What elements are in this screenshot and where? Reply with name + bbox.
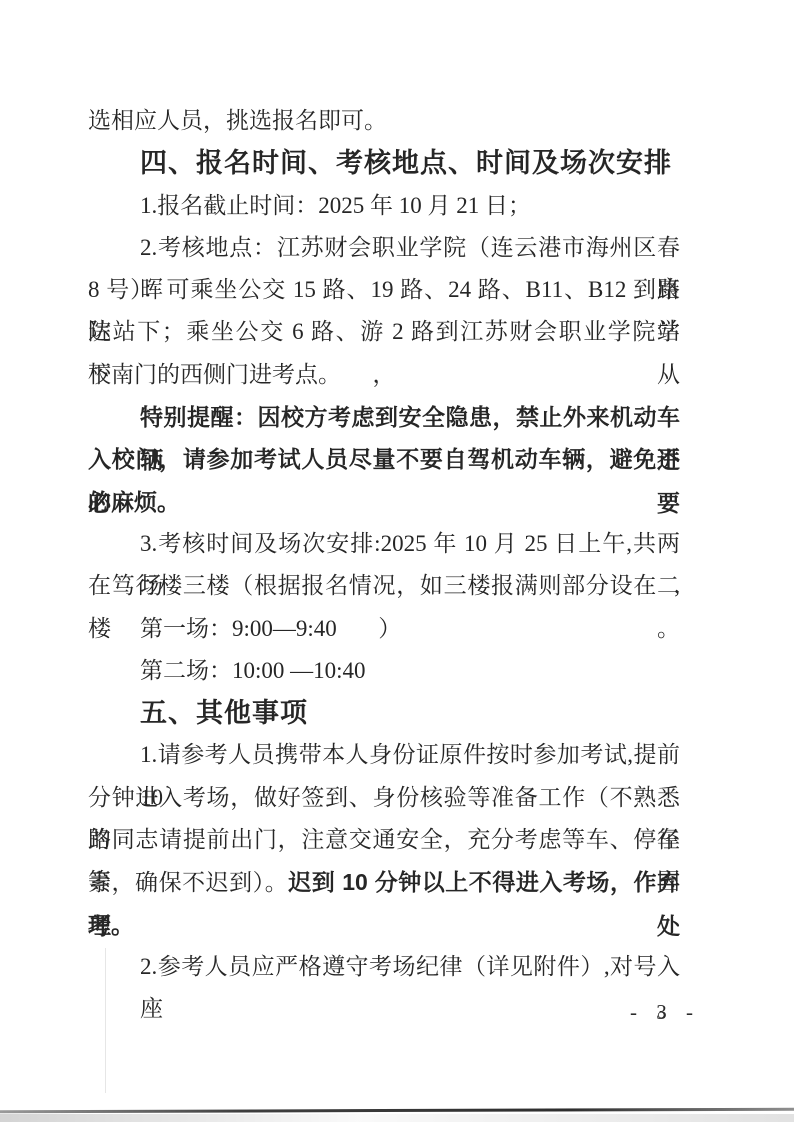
body-text: 素，确保不迟到）。 bbox=[88, 870, 288, 895]
body-text: 校南门的西侧门进考点。 bbox=[88, 362, 341, 387]
emphasis-text: 五、其他事项 bbox=[140, 698, 308, 728]
document-line: 在笃行楼三楼（根据报名情况，如三楼报满则部分设在二楼）。 bbox=[88, 565, 680, 607]
document-line: 入校门，请参加考试人员尽量不要自驾机动车辆，避免不必要 bbox=[88, 438, 680, 480]
document-line: 院站下；乘坐公交 6 路、游 2 路到江苏财会职业学院站下，从 bbox=[88, 311, 680, 353]
scan-smudge-artifact bbox=[0, 1114, 794, 1122]
document-line: 2.参考人员应严格遵守考场纪律（详见附件）,对号入座。 bbox=[88, 946, 680, 988]
document-line: 1.报名截止时间：2025 年 10 月 21 日； bbox=[88, 185, 680, 227]
page-number: - 3 - bbox=[630, 1000, 700, 1025]
document-line: 素，确保不迟到）。迟到 10 分钟以上不得进入考场，作弃考处 bbox=[88, 861, 680, 903]
document-line: 特别提醒：因校方考虑到安全隐患，禁止外来机动车辆进 bbox=[88, 396, 680, 438]
scanned-document-page: { "page": { "background": "#ffffff", "te… bbox=[0, 0, 794, 1123]
document-line: 选相应人员，挑选报名即可。 bbox=[88, 100, 680, 142]
document-line: 2.考核地点：江苏财会职业学院（连云港市海州区春晖路 bbox=[88, 227, 680, 269]
body-text: 1.报名截止时间：2025 年 10 月 21 日； bbox=[140, 193, 531, 218]
emphasis-text: 理。 bbox=[88, 912, 134, 938]
emphasis-text: 四、报名时间、考核地点、时间及场次安排 bbox=[140, 148, 672, 178]
document-line: 分钟进入考场，做好签到、身份核验等准备工作（不熟悉路径 bbox=[88, 777, 680, 819]
document-line: 的同志请提前出门，注意交通安全，充分考虑等车、停车等因 bbox=[88, 819, 680, 861]
emphasis-text: 的麻烦。 bbox=[88, 489, 180, 515]
section-heading: 四、报名时间、考核地点、时间及场次安排 bbox=[88, 142, 680, 184]
section-heading: 五、其他事项 bbox=[88, 692, 680, 734]
scan-edge-line-artifact bbox=[0, 1108, 794, 1113]
body-text: 选相应人员，挑选报名即可。 bbox=[88, 108, 387, 133]
document-line: 8 号）：可乘坐公交 15 路、19 路、24 路、B11、B12 到康达学 bbox=[88, 269, 680, 311]
document-line: 1.请参考人员携带本人身份证原件按时参加考试,提前 10 bbox=[88, 734, 680, 776]
fold-mark-artifact bbox=[105, 948, 106, 1093]
body-text: 第一场：9:00—9:40 bbox=[140, 616, 337, 641]
body-text: 2.参考人员应严格遵守考场纪律（详见附件）,对号入座。 bbox=[140, 954, 680, 1021]
document-body: 选相应人员，挑选报名即可。四、报名时间、考核地点、时间及场次安排1.报名截止时间… bbox=[88, 100, 680, 988]
document-line: 第二场：10:00 —10:40 bbox=[88, 650, 680, 692]
body-text: 第二场：10:00 —10:40 bbox=[140, 658, 366, 683]
document-line: 3.考核时间及场次安排:2025 年 10 月 25 日上午,共两场, bbox=[88, 523, 680, 565]
